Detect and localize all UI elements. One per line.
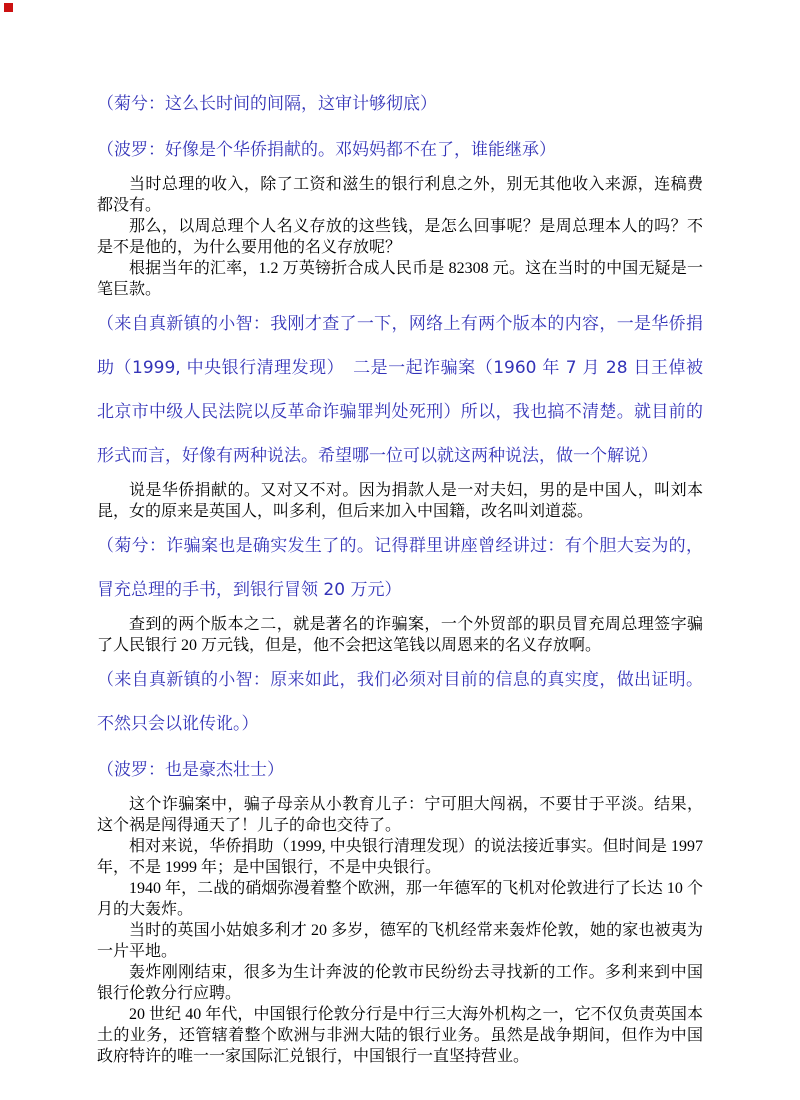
body-paragraph: 当时的英国小姑娘多利才 20 多岁，德军的飞机经常来轰炸伦敦，她的家也被夷为一片…: [97, 920, 703, 962]
body-paragraph: 说是华侨捐献的。又对又不对。因为捐款人是一对夫妇，男的是中国人，叫刘本昆，女的原…: [97, 480, 703, 522]
comment-line: （菊兮：这么长时间的间隔，这审计够彻底）: [97, 82, 703, 126]
body-paragraph: 这个诈骗案中，骗子母亲从小教育儿子：宁可胆大闯祸，不要甘于平淡。结果，这个祸是闯…: [97, 794, 703, 836]
comment-line: （波罗：也是豪杰壮士）: [97, 748, 703, 792]
document-body: （菊兮：这么长时间的间隔，这审计够彻底）（波罗：好像是个华侨捐献的。邓妈妈都不在…: [0, 0, 800, 1087]
body-paragraph: 查到的两个版本之二，就是著名的诈骗案，一个外贸部的职员冒充周总理签字骗了人民银行…: [97, 614, 703, 656]
comment-line: （来自真新镇的小智：原来如此，我们必须对目前的信息的真实度，做出证明。不然只会以…: [97, 658, 703, 746]
body-paragraph: 相对来说，华侨捐助（1999, 中央银行清理发现）的说法接近事实。但时间是 19…: [97, 836, 703, 878]
comment-line: （来自真新镇的小智：我刚才查了一下，网络上有两个版本的内容，一是华侨捐助（199…: [97, 302, 703, 478]
body-paragraph: 根据当年的汇率，1.2 万英镑折合成人民币是 82308 元。这在当时的中国无疑…: [97, 258, 703, 300]
document-page: （菊兮：这么长时间的间隔，这审计够彻底）（波罗：好像是个华侨捐献的。邓妈妈都不在…: [0, 0, 800, 1100]
body-paragraph: 1940 年，二战的硝烟弥漫着整个欧洲，那一年德军的飞机对伦敦进行了长达 10 …: [97, 878, 703, 920]
body-paragraph: 20 世纪 40 年代，中国银行伦敦分行是中行三大海外机构之一，它不仅负责英国本…: [97, 1004, 703, 1067]
comment-line: （波罗：好像是个华侨捐献的。邓妈妈都不在了，谁能继承）: [97, 128, 703, 172]
body-paragraph: 那么，以周总理个人名义存放的这些钱，是怎么回事呢？是周总理本人的吗？不是不是他的…: [97, 216, 703, 258]
body-paragraph: 当时总理的收入，除了工资和滋生的银行利息之外，别无其他收入来源，连稿费都没有。: [97, 174, 703, 216]
body-paragraph: 轰炸刚刚结束，很多为生计奔波的伦敦市民纷纷去寻找新的工作。多利来到中国银行伦敦分…: [97, 962, 703, 1004]
comment-line: （菊兮：诈骗案也是确实发生了的。记得群里讲座曾经讲过：有个胆大妄为的，冒充总理的…: [97, 524, 703, 612]
